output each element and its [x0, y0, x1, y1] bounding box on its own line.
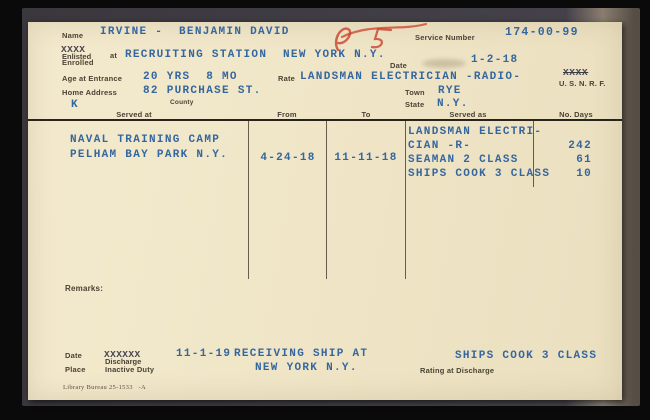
station-line1: RECEIVING SHIP AT — [234, 348, 368, 360]
column-header-no-days: No. Days — [559, 110, 593, 119]
table-column-divider-1 — [248, 121, 249, 279]
served-as-line1: LANDSMAN ELECTRI- — [408, 126, 542, 138]
town-label: Town — [405, 88, 425, 97]
enlisted-overstrike: XXXX — [61, 44, 85, 55]
name-label: Name — [62, 31, 83, 40]
column-header-served-as: Served as — [449, 110, 486, 119]
state-value: N.Y. — [437, 98, 469, 110]
rate-value: LANDSMAN ELECTRICIAN -RADIO- — [300, 71, 521, 83]
served-at-line1: NAVAL TRAINING CAMP — [70, 134, 220, 146]
discharge-overstrike: XXXXXX — [104, 349, 141, 360]
service-number-value: 174-00-99 — [505, 26, 579, 39]
home-address-label: Home Address — [62, 88, 117, 97]
rating-at-discharge-label: Rating at Discharge — [420, 366, 494, 375]
town-value: RYE — [438, 85, 462, 97]
county-label: County — [170, 99, 194, 106]
table-column-divider-2 — [326, 121, 327, 279]
column-header-from: From — [277, 110, 297, 119]
rating-at-discharge-value: SHIPS COOK 3 CLASS — [455, 350, 597, 362]
age-at-entrance-value: 20 YRS 8 MO — [143, 71, 238, 83]
no-days-value-3: 10 — [548, 168, 592, 180]
home-address-value: 82 PURCHASE ST. — [143, 85, 262, 97]
column-header-to: To — [361, 110, 370, 119]
at-label: at — [110, 51, 117, 60]
served-as-line3: SEAMAN 2 CLASS — [408, 154, 519, 166]
home-address-extra-value: K — [71, 99, 79, 111]
state-label: State — [405, 100, 424, 109]
name-value: IRVINE - BENJAMIN DAVID — [100, 26, 290, 38]
form-imprint: Library Bureau 25-1533 -A — [63, 384, 146, 391]
footer-date-label: Date — [65, 351, 82, 360]
no-days-value-1: 242 — [548, 140, 592, 152]
remarks-label: Remarks: — [65, 284, 103, 293]
no-days-value-2: 61 — [548, 154, 592, 166]
usnrf-label: U. S. N. R. F. — [559, 79, 606, 88]
station-line2: NEW YORK N.Y. — [255, 362, 358, 374]
age-at-entrance-label: Age at Entrance — [62, 74, 122, 83]
enrolled-label: Enrolled — [62, 58, 94, 67]
erased-text-smudge — [422, 59, 466, 68]
from-value: 4-24-18 — [260, 152, 315, 164]
naval-service-record-card: Name IRVINE - BENJAMIN DAVID Service Num… — [28, 22, 622, 400]
date-label: Date — [390, 61, 407, 70]
to-value: 11-11-18 — [334, 152, 397, 164]
column-header-served-at: Served at — [116, 110, 152, 119]
inactive-date-value: 11-1-19 — [176, 348, 231, 360]
date-value: 1-2-18 — [471, 54, 518, 66]
rate-label: Rate — [278, 74, 295, 83]
table-column-divider-3 — [405, 121, 406, 279]
usn-overstrike: XXXX — [563, 67, 588, 78]
served-at-line2: PELHAM BAY PARK N.Y. — [70, 149, 228, 161]
place-label: Place — [65, 365, 86, 374]
enrolled-at-value: RECRUITING STATION NEW YORK N.Y. — [125, 49, 386, 61]
served-as-line2: CIAN -R- — [408, 140, 471, 152]
served-as-line4: SHIPS COOK 3 CLASS — [408, 168, 550, 180]
inactive-duty-label: Inactive Duty — [105, 365, 154, 374]
